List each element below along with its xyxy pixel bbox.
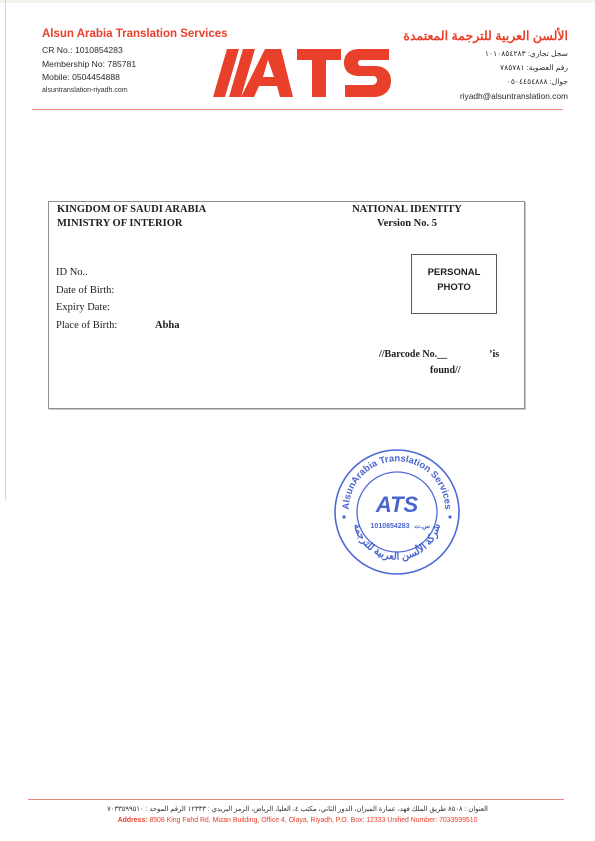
membership-number-ar: رقم العضوية: ٧٨٥٧٨١: [403, 61, 568, 75]
address-text: 8508 King Fahd Rd, Mizan Building, Offic…: [147, 817, 477, 824]
ministry-label: MINISTRY OF INTERIOR: [57, 217, 206, 231]
id-card-frame: KINGDOM OF SAUDI ARABIA MINISTRY OF INTE…: [48, 201, 525, 409]
address-label: Address:: [118, 817, 148, 824]
issuing-authority: KINGDOM OF SAUDI ARABIA MINISTRY OF INTE…: [57, 203, 206, 231]
field-value: Abha: [155, 317, 180, 335]
personal-photo-placeholder: PERSONAL PHOTO: [411, 254, 497, 314]
field-place-of-birth: Place of Birth: Abha: [56, 317, 117, 335]
field-label: Place of Birth:: [56, 320, 117, 331]
field-label: Date of Birth:: [56, 285, 114, 296]
stamp-logo: ATS: [375, 492, 419, 517]
email-address: riyadh@alsuntranslation.com: [403, 89, 568, 103]
field-expiry-date: Expiry Date:: [56, 299, 117, 317]
barcode-note: //Barcode No.__’is: [379, 349, 499, 360]
mobile-number-ar: جوال: ٠٥٠٤٤٥٤٨٨٨: [403, 75, 568, 89]
company-stamp: AlsunArabia Translation Services شركة ال…: [332, 447, 462, 577]
barcode-suffix: ’is: [489, 349, 499, 360]
ats-logo: [213, 49, 391, 99]
field-id-no: ID No..: [56, 264, 117, 282]
kingdom-label: KINGDOM OF SAUDI ARABIA: [57, 203, 206, 217]
version-label: Version No. 5: [337, 217, 477, 231]
footer-divider: [28, 799, 564, 800]
letterhead-left: Alsun Arabia Translation Services CR No.…: [42, 28, 228, 97]
photo-label-line2: PHOTO: [412, 280, 496, 295]
mobile-number: Mobile: 0504454888: [42, 71, 228, 85]
cr-number: CR No.: 1010854283: [42, 44, 228, 58]
id-fields: ID No.. Date of Birth: Expiry Date: Plac…: [56, 264, 117, 334]
national-identity-label: NATIONAL IDENTITY: [337, 203, 477, 217]
field-label: Expiry Date:: [56, 302, 110, 313]
footer-address-en: Address: 8508 King Fahd Rd, Mizan Buildi…: [0, 817, 595, 824]
cr-number-ar: سجل تجاري: ١٠١٠٨٥٤٢٨٣: [403, 47, 568, 61]
letterhead-right: الألسن العربية للترجمة المعتمدة سجل تجار…: [403, 28, 568, 103]
scan-top-edge: [0, 0, 595, 3]
stamp-cr-number: 1010854283: [371, 523, 410, 530]
footer-address-ar: العنوان : ٨٥٠٨ طريق الملك فهد، عمارة الم…: [0, 805, 595, 813]
document-title: NATIONAL IDENTITY Version No. 5: [337, 203, 477, 231]
barcode-note-end: found//: [430, 365, 461, 376]
barcode-prefix: //Barcode No.__: [379, 349, 447, 360]
website: alsuntranslation-riyadh.com: [42, 85, 228, 97]
scan-artifact-line: [5, 0, 6, 500]
field-date-of-birth: Date of Birth:: [56, 282, 117, 300]
membership-number: Membership No: 785781: [42, 58, 228, 72]
company-name-ar: الألسن العربية للترجمة المعتمدة: [403, 28, 568, 43]
field-label: ID No..: [56, 267, 88, 278]
company-name-en: Alsun Arabia Translation Services: [42, 28, 228, 40]
photo-label-line1: PERSONAL: [412, 265, 496, 280]
header-divider: [32, 109, 563, 110]
stamp-cr-label: س.ت: [414, 523, 431, 530]
